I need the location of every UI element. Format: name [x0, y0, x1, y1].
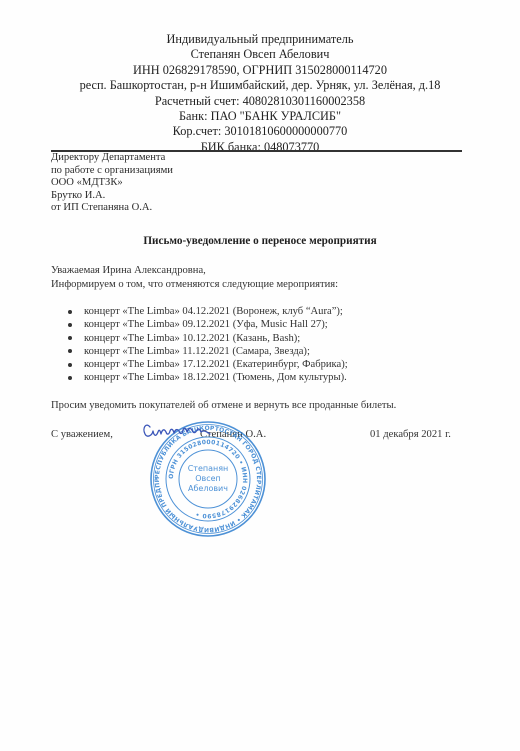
recipient-line: ООО «МДТЗК»: [51, 177, 173, 190]
list-item: концерт «The Limba» 11.12.2021 (Самара, …: [68, 345, 348, 358]
recipient-block: Директору Департамента по работе с орган…: [51, 152, 173, 215]
event-text: концерт «The Limba» 17.12.2021 (Екатерин…: [84, 359, 348, 370]
intro-text: Информируем о том, что отменяются следую…: [51, 278, 338, 292]
letter-title: Письмо-уведомление о переносе мероприяти…: [0, 235, 520, 247]
letterhead-line: Расчетный счет: 40802810301160002358: [0, 94, 520, 109]
list-item: концерт «The Limba» 04.12.2021 (Воронеж,…: [68, 305, 348, 318]
event-text: концерт «The Limba» 18.12.2021 (Тюмень, …: [84, 372, 347, 383]
greeting-block: Уважаемая Ирина Александровна, Информиру…: [51, 264, 338, 292]
bullet-icon: [68, 363, 72, 367]
seal-name-line: Абелович: [188, 484, 228, 493]
cancelled-events-list: концерт «The Limba» 04.12.2021 (Воронеж,…: [68, 305, 348, 385]
bullet-icon: [68, 349, 72, 353]
letterhead-line: респ. Башкортостан, р-н Ишимбайский, дер…: [0, 78, 520, 93]
bullet-icon: [68, 336, 72, 340]
recipient-line: Директору Департамента: [51, 152, 173, 165]
recipient-line: от ИП Степаняна О.А.: [51, 202, 173, 215]
bullet-icon: [68, 310, 72, 314]
salutation: Уважаемая Ирина Александровна,: [51, 264, 338, 278]
event-text: концерт «The Limba» 11.12.2021 (Самара, …: [84, 346, 310, 357]
letter-page: Индивидуальный предприниматель Степанян …: [0, 0, 520, 751]
letterhead-line: ИНН 026829178590, ОГРНИП 315028000114720: [0, 63, 520, 78]
event-text: концерт «The Limba» 10.12.2021 (Казань, …: [84, 333, 300, 344]
bullet-icon: [68, 376, 72, 380]
seal-name-line: Степанян: [188, 464, 229, 473]
seal-name-line: Овсеп: [195, 474, 221, 483]
recipient-line: по работе с организациями: [51, 165, 173, 178]
recipient-line: Брутко И.А.: [51, 190, 173, 203]
letterhead: Индивидуальный предприниматель Степанян …: [0, 32, 520, 155]
list-item: концерт «The Limba» 10.12.2021 (Казань, …: [68, 332, 348, 345]
bullet-icon: [68, 323, 72, 327]
closing-text: С уважением,: [51, 429, 113, 440]
list-item: концерт «The Limba» 17.12.2021 (Екатерин…: [68, 358, 348, 371]
event-text: концерт «The Limba» 09.12.2021 (Уфа, Mus…: [84, 319, 328, 330]
letterhead-line: Кор.счет: 30101810600000000770: [0, 124, 520, 139]
list-item: концерт «The Limba» 09.12.2021 (Уфа, Mus…: [68, 318, 348, 331]
letterhead-line: Банк: ПАО "БАНК УРАЛСИБ": [0, 109, 520, 124]
list-item: концерт «The Limba» 18.12.2021 (Тюмень, …: [68, 371, 348, 384]
request-text: Просим уведомить покупателей об отмене и…: [51, 400, 396, 411]
letterhead-line: Индивидуальный предприниматель: [0, 32, 520, 47]
letterhead-line: Степанян Овсеп Абелович: [0, 47, 520, 62]
event-text: концерт «The Limba» 04.12.2021 (Воронеж,…: [84, 306, 343, 317]
letter-date: 01 декабря 2021 г.: [370, 429, 451, 440]
signature-icon: [140, 418, 220, 444]
